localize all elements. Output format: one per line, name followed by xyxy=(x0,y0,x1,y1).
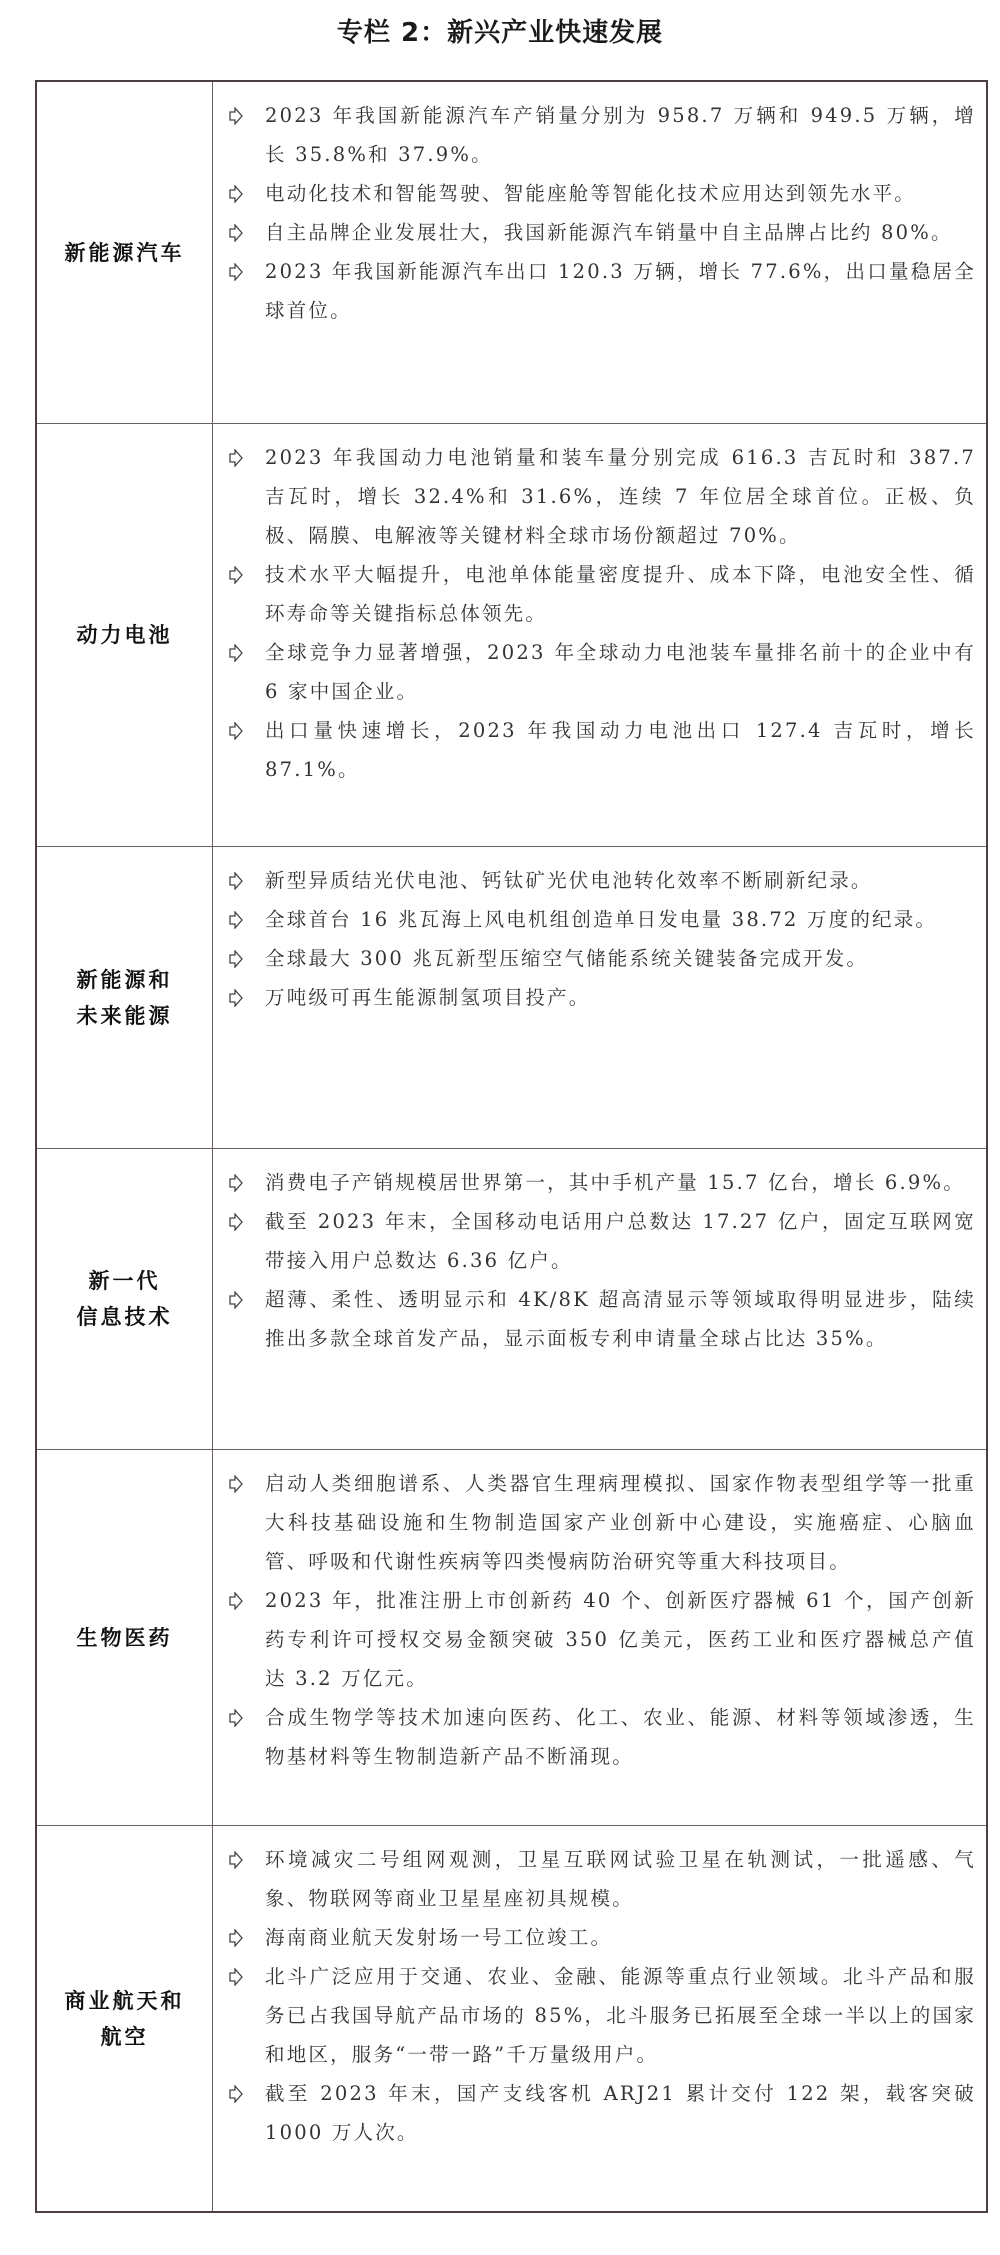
list-item: 全球最大 300 兆瓦新型压缩空气储能系统关键装备完成开发。 xyxy=(227,939,976,978)
outlined-right-arrow-icon xyxy=(227,1957,265,1996)
item-text: 截至 2023 年末，全国移动电话用户总数达 17.27 亿户，固定互联网宽带接… xyxy=(265,1202,976,1280)
table-row-nev: 新能源汽车 2023 年我国新能源汽车产销量分别为 958.7 万辆和 949.… xyxy=(37,82,986,423)
items-cell: 环境减灾二号组网观测，卫星互联网试验卫星在轨测试，一批遥感、气象、物联网等商业卫… xyxy=(213,1826,986,2211)
list-item: 全球首台 16 兆瓦海上风电机组创造单日发电量 38.72 万度的纪录。 xyxy=(227,900,976,939)
list-item: 2023 年我国动力电池销量和装车量分别完成 616.3 吉瓦时和 387.7 … xyxy=(227,438,976,555)
industry-table: 新能源汽车 2023 年我国新能源汽车产销量分别为 958.7 万辆和 949.… xyxy=(35,80,988,2213)
list-item: 2023 年我国新能源汽车出口 120.3 万辆，增长 77.6%，出口量稳居全… xyxy=(227,252,976,330)
outlined-right-arrow-icon xyxy=(227,174,265,213)
table-row-power-battery: 动力电池 2023 年我国动力电池销量和装车量分别完成 616.3 吉瓦时和 3… xyxy=(37,423,986,846)
outlined-right-arrow-icon xyxy=(227,213,265,252)
category-cell: 动力电池 xyxy=(37,424,213,846)
list-item: 出口量快速增长，2023 年我国动力电池出口 127.4 吉瓦时，增长 87.1… xyxy=(227,711,976,789)
list-item: 全球竞争力显著增强，2023 年全球动力电池装车量排名前十的企业中有 6 家中国… xyxy=(227,633,976,711)
list-item: 万吨级可再生能源制氢项目投产。 xyxy=(227,978,976,1017)
list-item: 超薄、柔性、透明显示和 4K/8K 超高清显示等领域取得明显进步，陆续推出多款全… xyxy=(227,1280,976,1358)
table-row-aerospace: 商业航天和 航空 环境减灾二号组网观测，卫星互联网试验卫星在轨测试，一批遥感、气… xyxy=(37,1825,986,2211)
item-text: 新型异质结光伏电池、钙钛矿光伏电池转化效率不断刷新纪录。 xyxy=(265,861,976,900)
list-item: 技术水平大幅提升，电池单体能量密度提升、成本下降，电池安全性、循环寿命等关键指标… xyxy=(227,555,976,633)
list-item: 2023 年，批准注册上市创新药 40 个、创新医疗器械 61 个，国产创新药专… xyxy=(227,1581,976,1698)
item-text: 自主品牌企业发展壮大，我国新能源汽车销量中自主品牌占比约 80%。 xyxy=(265,213,976,252)
item-text: 合成生物学等技术加速向医药、化工、农业、能源、材料等领域渗透，生物基材料等生物制… xyxy=(265,1698,976,1776)
item-text: 电动化技术和智能驾驶、智能座舱等智能化技术应用达到领先水平。 xyxy=(265,174,976,213)
outlined-right-arrow-icon xyxy=(227,1581,265,1620)
outlined-right-arrow-icon xyxy=(227,978,265,1017)
list-item: 合成生物学等技术加速向医药、化工、农业、能源、材料等领域渗透，生物基材料等生物制… xyxy=(227,1698,976,1776)
item-text: 全球竞争力显著增强，2023 年全球动力电池装车量排名前十的企业中有 6 家中国… xyxy=(265,633,976,711)
outlined-right-arrow-icon xyxy=(227,1464,265,1503)
category-label-line-1: 商业航天和 xyxy=(65,1983,185,2019)
item-text: 消费电子产销规模居世界第一，其中手机产量 15.7 亿台，增长 6.9%。 xyxy=(265,1163,976,1202)
list-item: 2023 年我国新能源汽车产销量分别为 958.7 万辆和 949.5 万辆，增… xyxy=(227,96,976,174)
item-text: 全球首台 16 兆瓦海上风电机组创造单日发电量 38.72 万度的纪录。 xyxy=(265,900,976,939)
outlined-right-arrow-icon xyxy=(227,555,265,594)
table-row-new-energy: 新能源和 未来能源 新型异质结光伏电池、钙钛矿光伏电池转化效率不断刷新纪录。 全… xyxy=(37,846,986,1148)
category-label-line-1: 新一代 xyxy=(89,1263,161,1299)
item-text: 启动人类细胞谱系、人类器官生理病理模拟、国家作物表型组学等一批重大科技基础设施和… xyxy=(265,1464,976,1581)
table-row-biomedicine: 生物医药 启动人类细胞谱系、人类器官生理病理模拟、国家作物表型组学等一批重大科技… xyxy=(37,1449,986,1825)
outlined-right-arrow-icon xyxy=(227,900,265,939)
table-row-next-gen-it: 新一代 信息技术 消费电子产销规模居世界第一，其中手机产量 15.7 亿台，增长… xyxy=(37,1148,986,1449)
item-text: 环境减灾二号组网观测，卫星互联网试验卫星在轨测试，一批遥感、气象、物联网等商业卫… xyxy=(265,1840,976,1918)
item-text: 2023 年我国新能源汽车出口 120.3 万辆，增长 77.6%，出口量稳居全… xyxy=(265,252,976,330)
category-cell: 商业航天和 航空 xyxy=(37,1826,213,2211)
item-text: 2023 年，批准注册上市创新药 40 个、创新医疗器械 61 个，国产创新药专… xyxy=(265,1581,976,1698)
category-cell: 新能源和 未来能源 xyxy=(37,847,213,1148)
outlined-right-arrow-icon xyxy=(227,1840,265,1879)
list-item: 环境减灾二号组网观测，卫星互联网试验卫星在轨测试，一批遥感、气象、物联网等商业卫… xyxy=(227,1840,976,1918)
list-item: 消费电子产销规模居世界第一，其中手机产量 15.7 亿台，增长 6.9%。 xyxy=(227,1163,976,1202)
item-text: 2023 年我国新能源汽车产销量分别为 958.7 万辆和 949.5 万辆，增… xyxy=(265,96,976,174)
items-cell: 2023 年我国动力电池销量和装车量分别完成 616.3 吉瓦时和 387.7 … xyxy=(213,424,986,846)
list-item: 新型异质结光伏电池、钙钛矿光伏电池转化效率不断刷新纪录。 xyxy=(227,861,976,900)
list-item: 自主品牌企业发展壮大，我国新能源汽车销量中自主品牌占比约 80%。 xyxy=(227,213,976,252)
items-cell: 消费电子产销规模居世界第一，其中手机产量 15.7 亿台，增长 6.9%。 截至… xyxy=(213,1149,986,1449)
outlined-right-arrow-icon xyxy=(227,633,265,672)
outlined-right-arrow-icon xyxy=(227,1163,265,1202)
item-text: 万吨级可再生能源制氢项目投产。 xyxy=(265,978,976,1017)
outlined-right-arrow-icon xyxy=(227,2074,265,2113)
item-text: 出口量快速增长，2023 年我国动力电池出口 127.4 吉瓦时，增长 87.1… xyxy=(265,711,976,789)
category-label-line-2: 信息技术 xyxy=(77,1299,173,1335)
category-cell: 新能源汽车 xyxy=(37,82,213,423)
outlined-right-arrow-icon xyxy=(227,711,265,750)
list-item: 电动化技术和智能驾驶、智能座舱等智能化技术应用达到领先水平。 xyxy=(227,174,976,213)
item-text: 海南商业航天发射场一号工位竣工。 xyxy=(265,1918,976,1957)
item-text: 2023 年我国动力电池销量和装车量分别完成 616.3 吉瓦时和 387.7 … xyxy=(265,438,976,555)
list-item: 北斗广泛应用于交通、农业、金融、能源等重点行业领域。北斗产品和服务已占我国导航产… xyxy=(227,1957,976,2074)
page-title: 专栏 2：新兴产业快速发展 xyxy=(0,16,1000,50)
item-text: 北斗广泛应用于交通、农业、金融、能源等重点行业领域。北斗产品和服务已占我国导航产… xyxy=(265,1957,976,2074)
outlined-right-arrow-icon xyxy=(227,96,265,135)
list-item: 启动人类细胞谱系、人类器官生理病理模拟、国家作物表型组学等一批重大科技基础设施和… xyxy=(227,1464,976,1581)
outlined-right-arrow-icon xyxy=(227,1280,265,1319)
category-label-line-2: 未来能源 xyxy=(77,998,173,1034)
category-cell: 生物医药 xyxy=(37,1450,213,1825)
category-label-line-2: 航空 xyxy=(101,2019,149,2055)
outlined-right-arrow-icon xyxy=(227,252,265,291)
item-text: 全球最大 300 兆瓦新型压缩空气储能系统关键装备完成开发。 xyxy=(265,939,976,978)
category-label-line-1: 新能源和 xyxy=(77,962,173,998)
outlined-right-arrow-icon xyxy=(227,861,265,900)
list-item: 截至 2023 年末，国产支线客机 ARJ21 累计交付 122 架，载客突破 … xyxy=(227,2074,976,2152)
list-item: 海南商业航天发射场一号工位竣工。 xyxy=(227,1918,976,1957)
outlined-right-arrow-icon xyxy=(227,438,265,477)
category-label: 动力电池 xyxy=(77,617,173,653)
items-cell: 2023 年我国新能源汽车产销量分别为 958.7 万辆和 949.5 万辆，增… xyxy=(213,82,986,423)
list-item: 截至 2023 年末，全国移动电话用户总数达 17.27 亿户，固定互联网宽带接… xyxy=(227,1202,976,1280)
item-text: 技术水平大幅提升，电池单体能量密度提升、成本下降，电池安全性、循环寿命等关键指标… xyxy=(265,555,976,633)
outlined-right-arrow-icon xyxy=(227,1698,265,1737)
item-text: 超薄、柔性、透明显示和 4K/8K 超高清显示等领域取得明显进步，陆续推出多款全… xyxy=(265,1280,976,1358)
category-cell: 新一代 信息技术 xyxy=(37,1149,213,1449)
outlined-right-arrow-icon xyxy=(227,1202,265,1241)
item-text: 截至 2023 年末，国产支线客机 ARJ21 累计交付 122 架，载客突破 … xyxy=(265,2074,976,2152)
category-label: 生物医药 xyxy=(77,1620,173,1656)
outlined-right-arrow-icon xyxy=(227,939,265,978)
items-cell: 启动人类细胞谱系、人类器官生理病理模拟、国家作物表型组学等一批重大科技基础设施和… xyxy=(213,1450,986,1825)
items-cell: 新型异质结光伏电池、钙钛矿光伏电池转化效率不断刷新纪录。 全球首台 16 兆瓦海… xyxy=(213,847,986,1148)
category-label: 新能源汽车 xyxy=(65,235,185,271)
outlined-right-arrow-icon xyxy=(227,1918,265,1957)
